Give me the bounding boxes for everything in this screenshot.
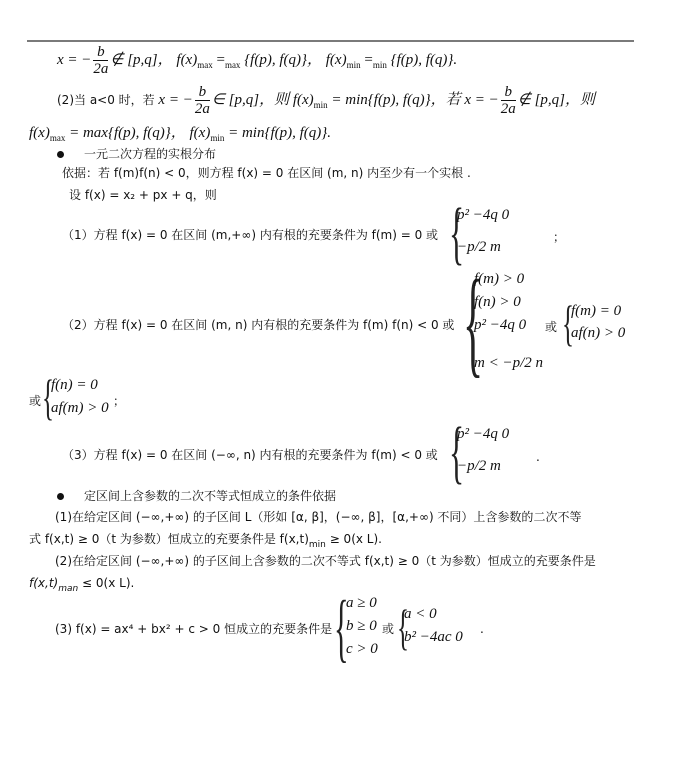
- bullet-icon: [57, 493, 64, 500]
- item2-text: （2）方程 f(x) = 0 在区间 (m, n) 内有根的充要条件为 f(m)…: [62, 316, 454, 334]
- fraction: b2a: [93, 44, 108, 77]
- item1-system-row: p² −4q 0: [457, 204, 509, 226]
- section-heading-inequality: 定区间上含参数的二次不等式恒成立的条件依据: [57, 487, 336, 505]
- item3-inequality-text: (3) f(x) = ax⁴ + bx² + c > 0 恒成立的充要条件是: [55, 620, 332, 638]
- item1-text: （1）方程 f(x) = 0 在区间 (m,+∞) 内有根的充要条件为 f(m)…: [62, 226, 438, 244]
- bullet-icon: [57, 151, 64, 158]
- top-rule: [27, 40, 634, 42]
- item3-text: （3）方程 f(x) = 0 在区间 (−∞, n) 内有根的充要条件为 f(m…: [62, 446, 438, 464]
- section-heading-real-roots: 一元二次方程的实根分布: [57, 145, 216, 163]
- basis-text: 依据：若 f(m)f(n) < 0，则方程 f(x) = 0 在区间 (m, n…: [62, 164, 471, 182]
- formula-line-2: (2)当 a<0 时，若 x = −b2a∈ [p,q]，则 f(x)min =…: [57, 84, 595, 117]
- formula-line-3: f(x)max = max{f(p), f(q)}， f(x)min = min…: [29, 124, 331, 147]
- formula-line-1: x = −b2a∉ [p,q]， f(x)max =max {f(p), f(q…: [57, 44, 457, 77]
- setup-text: 设 f(x) = x₂ + px + q，则: [69, 186, 217, 204]
